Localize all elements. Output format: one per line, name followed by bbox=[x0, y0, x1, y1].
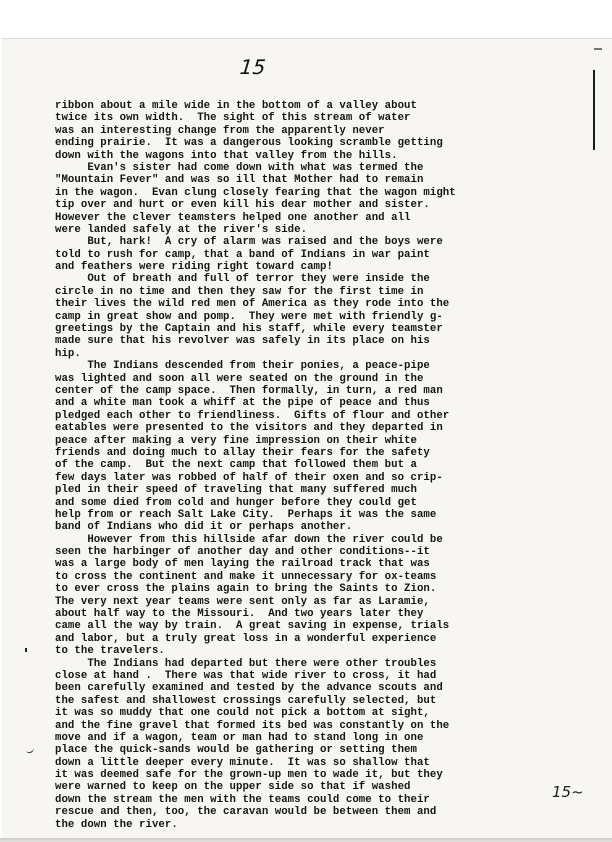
page-bottom-edge bbox=[0, 838, 612, 842]
text-line: The Indians descended from their ponies,… bbox=[55, 360, 525, 372]
page-number-bottom-text: 15 bbox=[552, 783, 571, 801]
text-line: to the travelers. bbox=[55, 645, 525, 657]
text-line: tip over and hurt or even kill his dear … bbox=[55, 199, 525, 211]
text-line: to ever cross the plains again to bring … bbox=[55, 583, 525, 595]
text-line: was a large body of men laying the railr… bbox=[55, 558, 525, 570]
text-line: Evan's sister had come down with what wa… bbox=[55, 162, 525, 174]
text-line: few days later was robbed of half of the… bbox=[55, 472, 525, 484]
text-line: it was deemed safe for the grown-up men … bbox=[55, 769, 525, 781]
text-line: However the clever teamsters helped one … bbox=[55, 212, 525, 224]
text-line: rescue and then, too, the caravan would … bbox=[55, 806, 525, 818]
margin-mark bbox=[25, 648, 27, 652]
text-line: their lives the wild red men of America … bbox=[55, 298, 525, 310]
text-line: hip. bbox=[55, 348, 525, 360]
text-line: told to rush for camp, that a band of In… bbox=[55, 249, 525, 261]
text-line: center of the camp space. Then formally,… bbox=[55, 385, 525, 397]
text-line: greetings by the Captain and his staff, … bbox=[55, 323, 525, 335]
text-line: and some died from cold and hunger befor… bbox=[55, 497, 525, 509]
text-line: to cross the continent and make it unnec… bbox=[55, 571, 525, 583]
text-line: about half way to the Missouri. And two … bbox=[55, 608, 525, 620]
text-line: was lighted and soon all were seated on … bbox=[55, 373, 525, 385]
text-line: the down the river. bbox=[55, 819, 525, 831]
text-line: camp in great show and pomp. They were m… bbox=[55, 311, 525, 323]
text-line: The Indians had departed but there were … bbox=[55, 658, 525, 670]
text-line: circle in no time and then they saw for … bbox=[55, 286, 525, 298]
text-line: help from or reach Salt Lake City. Perha… bbox=[55, 509, 525, 521]
text-line: and feathers were riding right toward ca… bbox=[55, 261, 525, 273]
text-line: close at hand . There was that wide rive… bbox=[55, 670, 525, 682]
text-line: However from this hillside afar down the… bbox=[55, 534, 525, 546]
text-line: place the quick-sands would be gathering… bbox=[55, 744, 525, 756]
text-line: the safest and shallowest crossings care… bbox=[55, 695, 525, 707]
right-margin-bar bbox=[593, 70, 595, 150]
text-line: and labor, but a truly great loss in a w… bbox=[55, 633, 525, 645]
text-line: Out of breath and full of terror they we… bbox=[55, 273, 525, 285]
typewritten-body: ribbon about a mile wide in the bottom o… bbox=[55, 100, 525, 831]
text-line: pled in their speed of traveling that ma… bbox=[55, 484, 525, 496]
text-line: down with the wagons into that valley fr… bbox=[55, 150, 525, 162]
text-line: move and if a wagon, team or man had to … bbox=[55, 732, 525, 744]
handwritten-page-number-top: 15 bbox=[239, 55, 267, 79]
text-line: was an interesting change from the appar… bbox=[55, 125, 525, 137]
text-line: and a white man took a whiff at the pipe… bbox=[55, 397, 525, 409]
text-line: But, hark! A cry of alarm was raised and… bbox=[55, 236, 525, 248]
text-line: ending prairie. It was a dangerous looki… bbox=[55, 137, 525, 149]
handwritten-page-number-bottom: 15~ bbox=[552, 783, 584, 801]
text-line: "Mountain Fever" and was so ill that Mot… bbox=[55, 174, 525, 186]
text-line: ribbon about a mile wide in the bottom o… bbox=[55, 100, 525, 112]
text-line: and the fine gravel that formed its bed … bbox=[55, 720, 525, 732]
text-line: eatables were presented to the visitors … bbox=[55, 422, 525, 434]
text-line: peace after making a very fine impressio… bbox=[55, 435, 525, 447]
text-line: of the camp. But the next camp that foll… bbox=[55, 459, 525, 471]
text-line: down the stream the men with the teams c… bbox=[55, 794, 525, 806]
text-line: it was so muddy that one could not pick … bbox=[55, 707, 525, 719]
text-line: been carefully examined and tested by th… bbox=[55, 682, 525, 694]
text-line: were warned to keep on the upper side so… bbox=[55, 781, 525, 793]
text-line: The very next year teams were sent only … bbox=[55, 596, 525, 608]
text-line: were landed safely at the river's side. bbox=[55, 224, 525, 236]
text-line: friends and doing much to allay their fe… bbox=[55, 447, 525, 459]
text-line: pledged each other to friendliness. Gift… bbox=[55, 410, 525, 422]
text-line: down a little deeper every minute. It wa… bbox=[55, 757, 525, 769]
text-line: came all the way by train. A great savin… bbox=[55, 620, 525, 632]
text-line: band of Indians who did it or perhaps an… bbox=[55, 521, 525, 533]
text-line: seen the harbinger of another day and ot… bbox=[55, 546, 525, 558]
text-line: made sure that his revolver was safely i… bbox=[55, 335, 525, 347]
text-line: in the wagon. Evan clung closely fearing… bbox=[55, 187, 525, 199]
corner-mark bbox=[594, 48, 602, 50]
text-line: twice its own width. The sight of this s… bbox=[55, 112, 525, 124]
